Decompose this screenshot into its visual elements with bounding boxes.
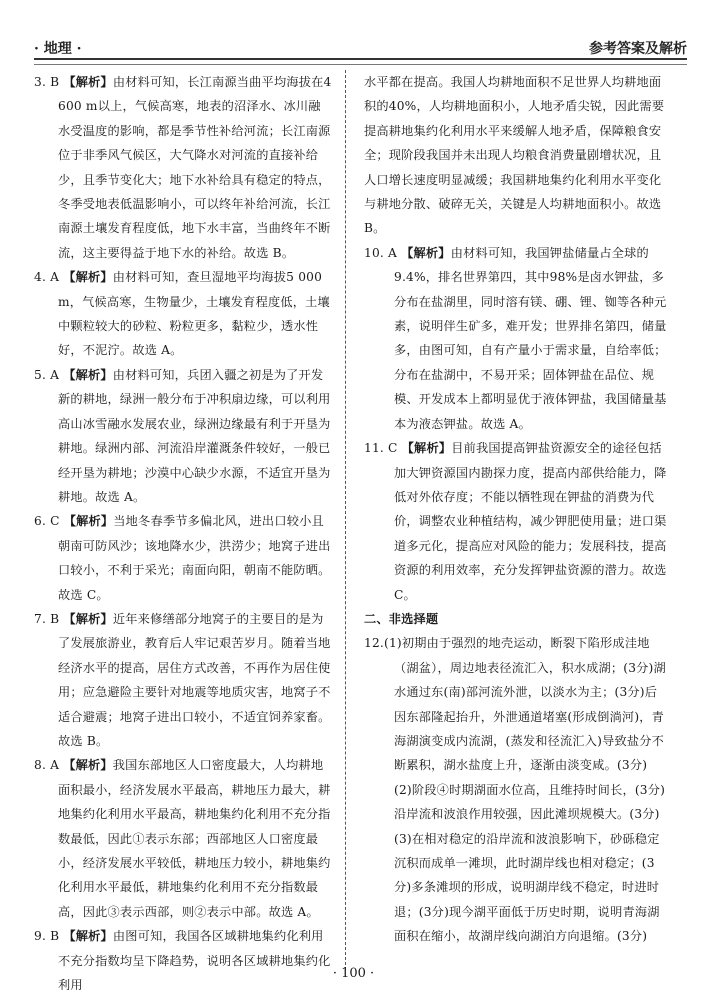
- section-label: 参考答案及解析: [589, 38, 687, 58]
- answer-item-7: 7. B 【解析】近年来修缮部分地窝子的主要目的是为了发展旅游业，教育后人牢记艰…: [34, 607, 332, 753]
- answer-item-5: 5. A 【解析】由材料可知，兵团入疆之初是为了开发新的耕地，绿洲一般分布于冲积…: [34, 363, 332, 509]
- answer-item-4: 4. A 【解析】由材料可知，查旦湿地平均海拔5 000 m，气候高寒，生物量少…: [34, 265, 332, 363]
- answer-item-9: 9. B 【解析】由图可知，我国各区域耕地集约化利用不充分指数均呈下降趋势，说明…: [34, 924, 332, 997]
- answer-item-10: 10. A 【解析】由材料可知，我国钾盐储量占全球的9.4%，排名世界第四，其中…: [364, 241, 669, 436]
- answer-item-9-continuation: 水平都在提高。我国人均耕地面积不足世界人均耕地面积的40%，人均耕地面积小，人地…: [364, 70, 669, 241]
- right-column: 水平都在提高。我国人均耕地面积不足世界人均耕地面积的40%，人均耕地面积小，人地…: [364, 70, 669, 949]
- left-column: 3. B 【解析】由材料可知，长江南源当曲平均海拔在4 600 m以上，气候高寒…: [34, 70, 332, 997]
- header-rule: [34, 58, 687, 65]
- answer-item-11: 11. C 【解析】目前我国提高钾盐资源安全的途径包括加大钾资源国内勘探力度，提…: [364, 436, 669, 607]
- answer-item-6: 6. C 【解析】当地冬春季节多偏北风，进出口较小且朝南可防风沙；该地降水少，洪…: [34, 509, 332, 607]
- section-title: 二、非选择题: [364, 607, 669, 631]
- column-divider: [345, 70, 346, 970]
- q12-part-1: (1)初期由于强烈的地壳运动，断裂下陷形成洼地（湖盆），周边地表径流汇入，积水成…: [384, 636, 666, 772]
- subject-label: · 地理 ·: [34, 38, 82, 58]
- answer-item-3: 3. B 【解析】由材料可知，长江南源当曲平均海拔在4 600 m以上，气候高寒…: [34, 70, 332, 265]
- page-number: · 100 ·: [0, 966, 707, 981]
- q12-part-2: (2)阶段④时期湖面水位高，且维持时间长，(3分)沿岸流和波浪作用较强，因此滩坝…: [364, 778, 669, 827]
- answer-item-12: 12.(1)初期由于强烈的地壳运动，断裂下陷形成洼地（湖盆），周边地表径流汇入，…: [364, 631, 669, 777]
- answer-item-8: 8. A 【解析】我国东部地区人口密度最大，人均耕地面积最小，经济发展水平最高，…: [34, 753, 332, 924]
- page-header: · 地理 · 参考答案及解析: [34, 36, 687, 58]
- q12-part-3: (3)在相对稳定的沿岸流和波浪影响下，砂砾稳定沉积而成单一滩坝，此时湖岸线也相对…: [364, 827, 669, 949]
